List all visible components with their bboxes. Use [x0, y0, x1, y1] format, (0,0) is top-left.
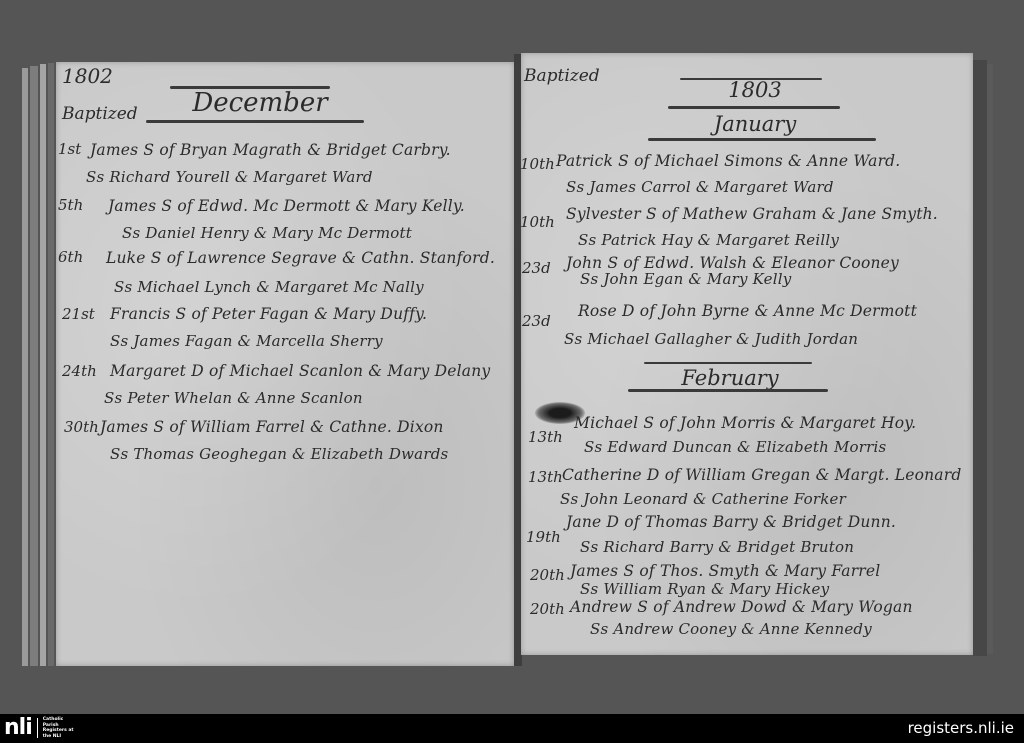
entry-date: 5th	[58, 196, 83, 214]
month-heading-january: January	[660, 112, 850, 136]
sponsors-line: Ss James Fagan & Marcella Sherry	[110, 332, 383, 350]
entry-date: 13th	[528, 428, 563, 446]
right-year-heading: 1803	[690, 78, 820, 102]
entry-date: 23d	[522, 312, 551, 330]
book-page-edge	[30, 66, 38, 666]
baptism-entry: Sylvester S of Mathew Graham & Jane Smyt…	[566, 205, 938, 223]
book-page-edge	[40, 64, 46, 666]
right-page-column-label: Baptized	[524, 66, 600, 86]
sponsors-line: Ss William Ryan & Mary Hickey	[580, 580, 829, 598]
baptism-entry: Patrick S of Michael Simons & Anne Ward.	[556, 152, 900, 170]
sponsors-line: Ss Peter Whelan & Anne Scanlon	[104, 389, 363, 407]
entry-date: 1st	[58, 140, 81, 158]
sponsors-line: Ss Thomas Geoghegan & Elizabeth Dwards	[110, 445, 448, 463]
sponsors-line: Ss Edward Duncan & Elizabeth Morris	[584, 438, 886, 456]
left-page-year: 1802	[62, 64, 113, 88]
heading-rule	[146, 120, 364, 123]
baptism-entry: James S of Bryan Magrath & Bridget Carbr…	[90, 141, 451, 159]
entry-date: 20th	[530, 600, 565, 618]
sponsors-line: Ss Patrick Hay & Margaret Reilly	[578, 231, 839, 249]
site-link[interactable]: registers.nli.ie	[908, 719, 1014, 737]
entry-date: 13th	[528, 468, 563, 486]
entry-date: 21st	[62, 305, 95, 323]
heading-rule	[644, 362, 812, 364]
book-page-edge	[48, 63, 54, 666]
baptism-entry: Jane D of Thomas Barry & Bridget Dunn.	[566, 513, 896, 531]
logo-text-line: Registers at	[43, 728, 75, 734]
logo-text-line: Catholic Parish	[43, 717, 75, 728]
logo-text-line: the NLI	[43, 734, 75, 740]
sponsors-line: Ss Richard Barry & Bridget Bruton	[580, 538, 854, 556]
sponsors-line: Ss Michael Lynch & Margaret Mc Nally	[114, 278, 424, 296]
baptism-entry: Andrew S of Andrew Dowd & Mary Wogan	[570, 598, 913, 616]
sponsors-line: Ss James Carrol & Margaret Ward	[566, 178, 834, 196]
footer-bar: nli Catholic Parish Registers at the NLI…	[0, 714, 1024, 743]
book-page-edge	[987, 64, 993, 654]
entry-date: 10th	[520, 213, 555, 231]
heading-rule	[628, 389, 828, 392]
sponsors-line: Ss John Leonard & Catherine Forker	[560, 490, 846, 508]
entry-date: 20th	[530, 566, 565, 584]
left-month-heading: December	[180, 88, 340, 118]
sponsors-line: Ss John Egan & Mary Kelly	[580, 270, 791, 288]
entry-date: 23d	[522, 259, 551, 277]
heading-rule	[648, 138, 876, 141]
baptism-entry: Margaret D of Michael Scanlon & Mary Del…	[110, 362, 490, 380]
baptism-entry: Rose D of John Byrne & Anne Mc Dermott	[578, 302, 917, 320]
logo-divider	[37, 718, 38, 738]
baptism-entry: Francis S of Peter Fagan & Mary Duffy.	[110, 305, 427, 323]
sponsors-line: Ss Michael Gallagher & Judith Jordan	[564, 330, 858, 348]
baptism-entry: James S of Thos. Smyth & Mary Farrel	[570, 562, 880, 580]
sponsors-line: Ss Daniel Henry & Mary Mc Dermott	[122, 224, 412, 242]
baptism-entry: Luke S of Lawrence Segrave & Cathn. Stan…	[106, 249, 495, 267]
baptism-entry: Michael S of John Morris & Margaret Hoy.	[574, 414, 916, 432]
nli-logo-text: Catholic Parish Registers at the NLI	[43, 717, 75, 739]
left-page-column-label: Baptized	[62, 104, 138, 124]
sponsors-line: Ss Richard Yourell & Margaret Ward	[86, 168, 373, 186]
baptism-entry: Catherine D of William Gregan & Margt. L…	[562, 466, 961, 484]
baptism-entry: James S of Edwd. Mc Dermott & Mary Kelly…	[108, 197, 465, 215]
nli-logo-mark: nli	[4, 717, 32, 739]
entry-date: 19th	[526, 528, 561, 546]
book-page-edge	[973, 60, 987, 656]
nli-logo[interactable]: nli Catholic Parish Registers at the NLI	[4, 717, 75, 739]
entry-date: 10th	[520, 155, 555, 173]
sponsors-line: Ss Andrew Cooney & Anne Kennedy	[590, 620, 872, 638]
entry-date: 6th	[58, 248, 83, 266]
entry-date: 30th	[64, 418, 99, 436]
month-heading-february: February	[640, 366, 820, 390]
book-page-edge	[22, 68, 28, 666]
baptism-entry: James S of William Farrel & Cathne. Dixo…	[100, 418, 444, 436]
entry-date: 24th	[62, 362, 97, 380]
register-image-viewer[interactable]: 1802 Baptized December 1st James S of Br…	[0, 0, 1024, 714]
heading-rule	[668, 106, 840, 109]
